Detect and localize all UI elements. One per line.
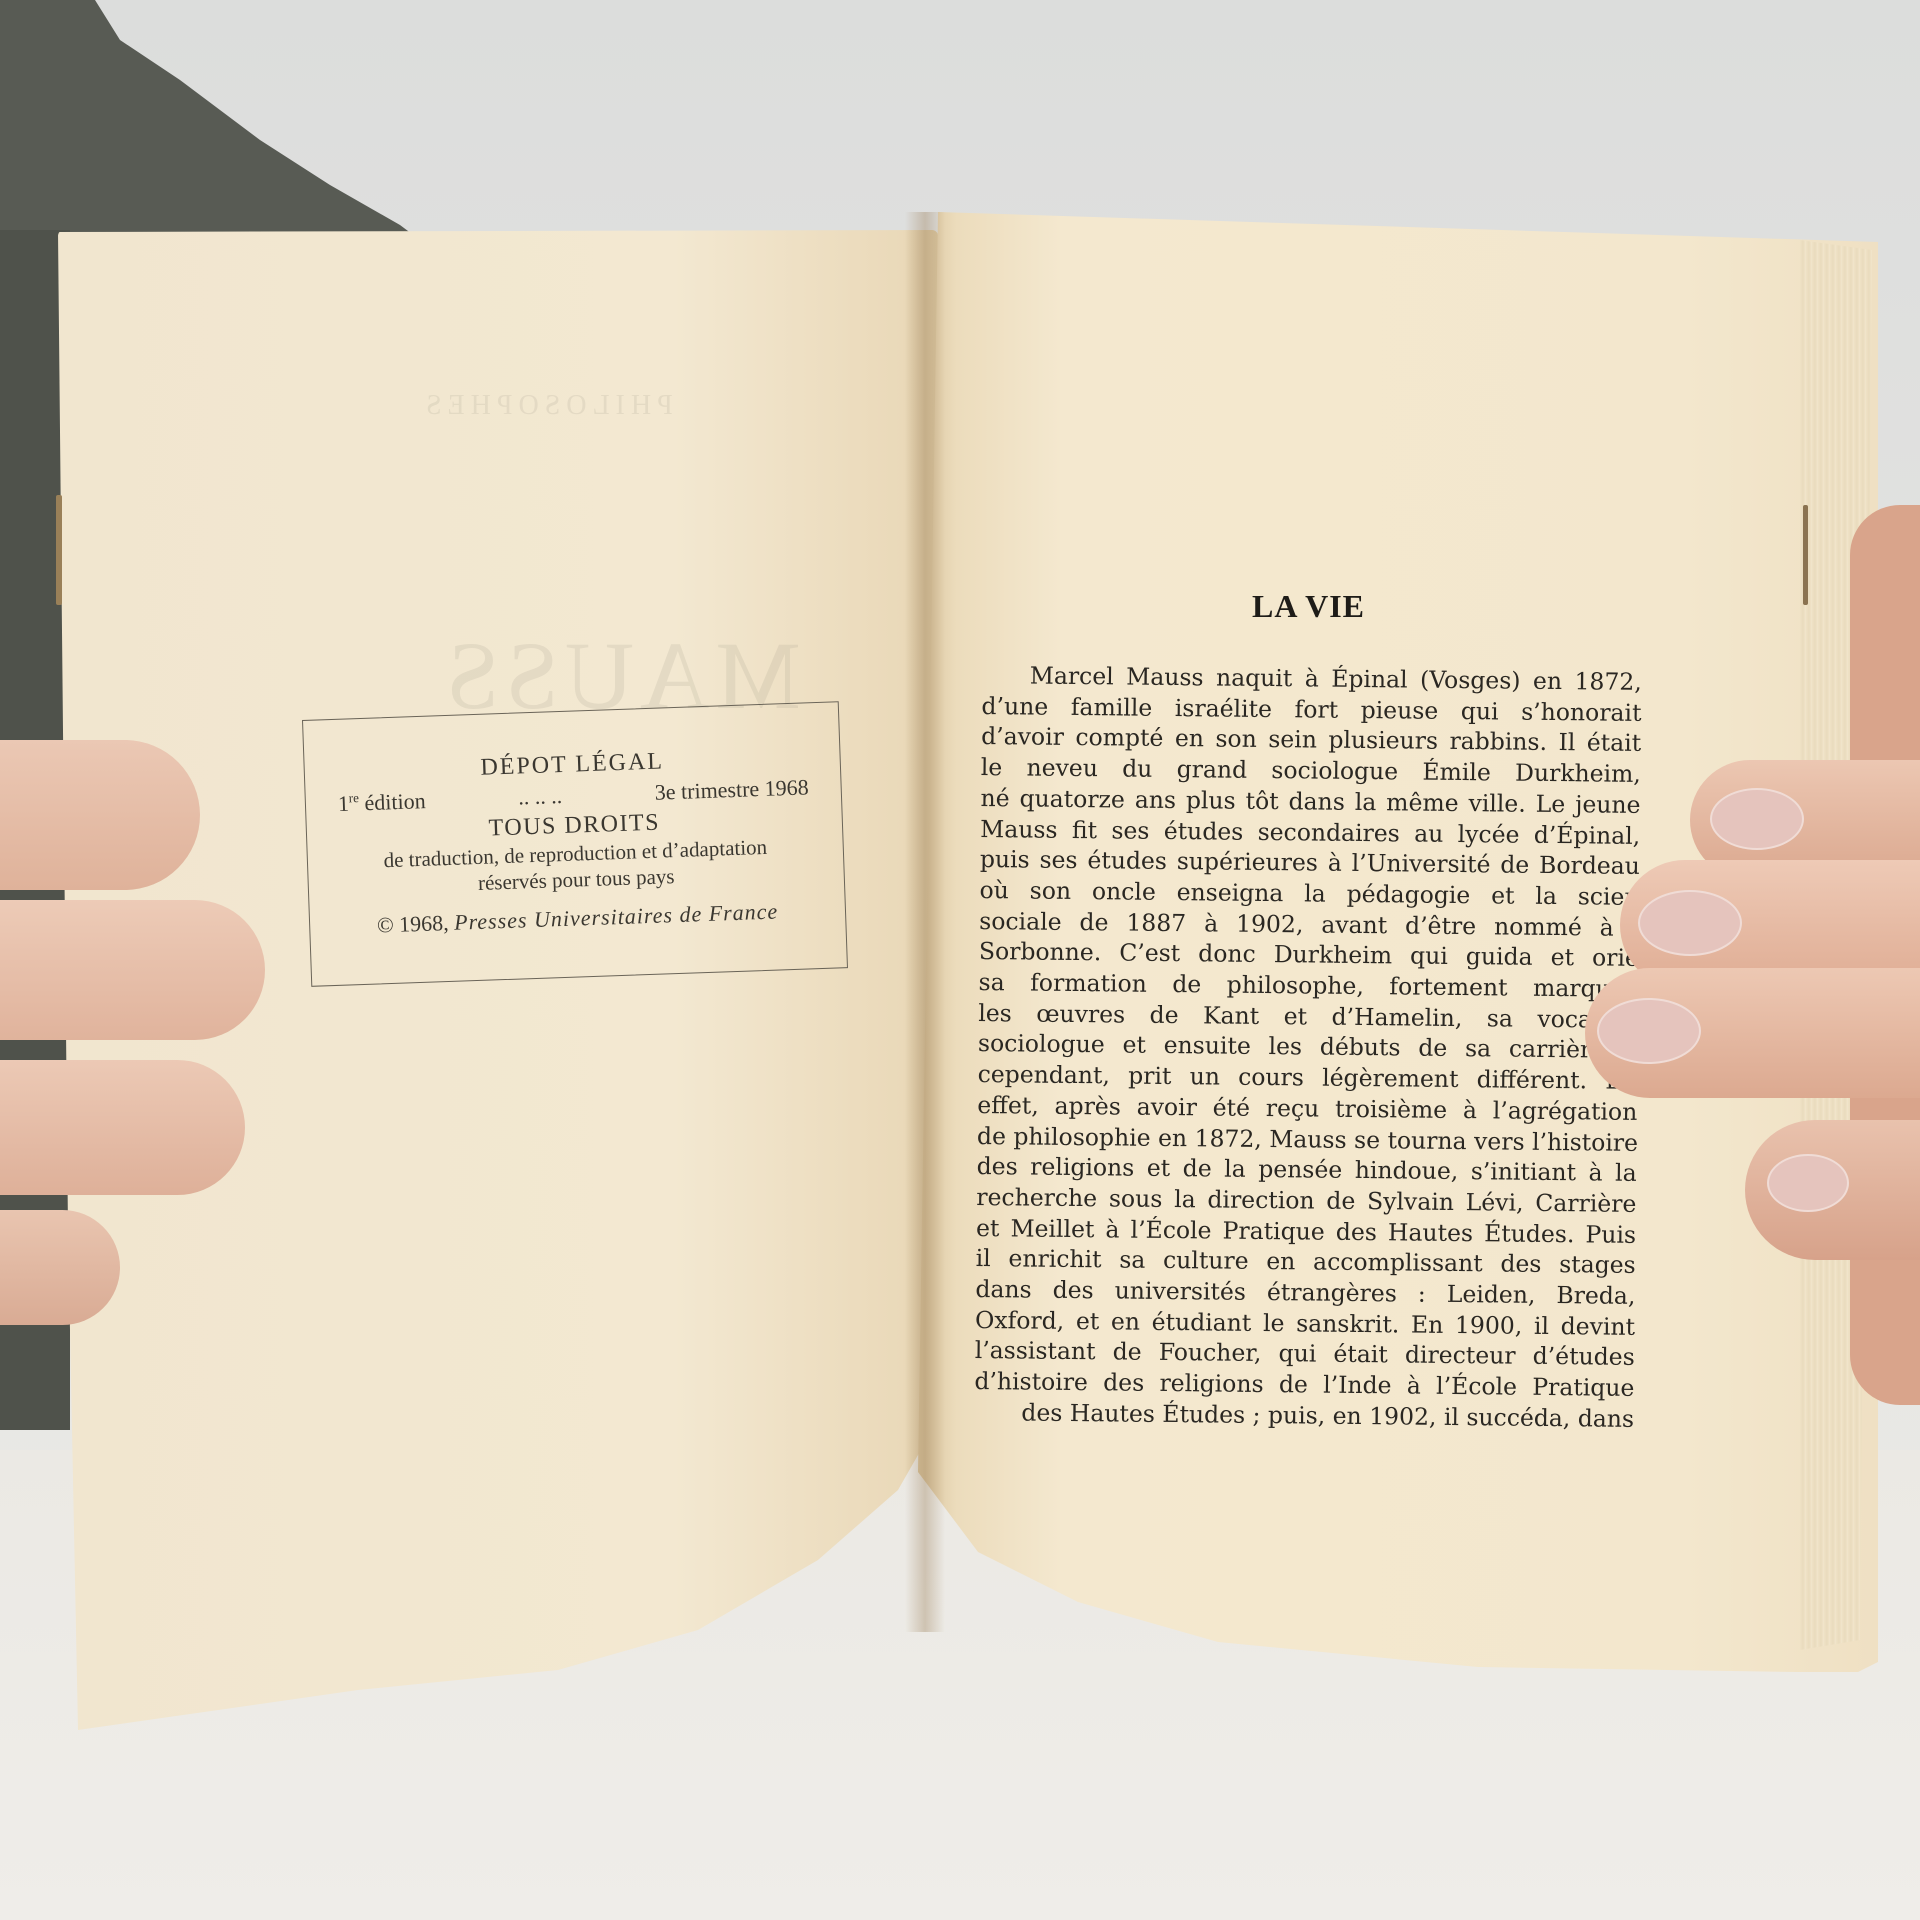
left-hand-finger — [0, 740, 200, 890]
edition-dots: .. .. .. — [518, 783, 563, 811]
left-hand-finger — [0, 900, 265, 1040]
right-hand-finger — [1745, 1120, 1920, 1260]
left-hand-finger — [0, 1060, 245, 1195]
page-edge-mark-left — [56, 495, 62, 605]
edition-date: 3e trimestre 1968 — [654, 774, 809, 806]
chapter-title: LA VIE — [1252, 588, 1365, 625]
page-edge-mark — [1803, 505, 1808, 605]
right-hand-finger — [1585, 968, 1920, 1098]
copyright-year: 1968, — [399, 910, 449, 937]
copyright-icon: © — [377, 912, 395, 938]
left-hand-finger — [0, 1210, 120, 1325]
showthrough-series: PHILOSOPHES — [420, 390, 673, 422]
edition-label: 1re édition — [337, 788, 426, 817]
legal-deposit-box: DÉPOT LÉGAL 1re édition .. .. .. 3e trim… — [302, 701, 848, 987]
book-gutter — [905, 212, 945, 1632]
body-text: Marcel Mauss naquit à Épinal (Vosges) en… — [974, 660, 1642, 1434]
copyright-line: © 1968, Presses Universitaires de France — [310, 897, 846, 942]
copyright-publisher: Presses Universitaires de France — [454, 899, 779, 935]
